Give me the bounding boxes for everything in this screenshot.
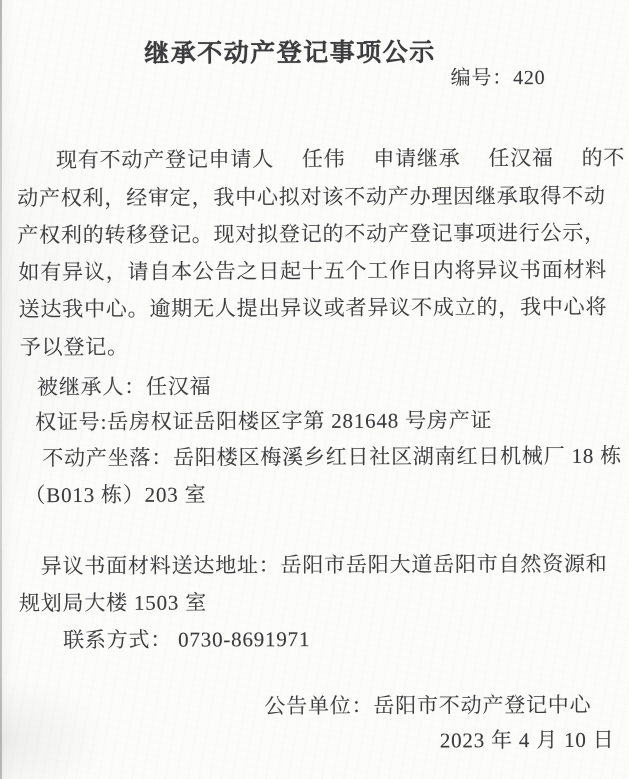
field-decedent: 被继承人：任汉福 [37,374,212,400]
field-contact-phone: 联系方式： 0730-8691971 [63,627,310,653]
body-paragraph-line: 如有异议，请自本公告之日起十五个工作日内将异议书面材料 [18,258,607,286]
body-paragraph-line: 动产权利，经审定，我中心拟对该不动产办理因继承取得不动 [17,184,606,212]
body-paragraph-line: 现有不动产登记申请人 任伟 申请继承 任汉福 的不 [56,146,625,174]
scanned-notice-page: 继承不动产登记事项公示 编号：420 现有不动产登记申请人 任伟 申请继承 任汉… [0,0,629,779]
field-objection-address-line2: 规划局大楼 1503 室 [19,590,207,616]
body-paragraph-line: 送达我中心。逾期无人提出异议或者异议不成立的，我中心将 [19,295,608,323]
field-certificate-number: 权证号:岳房权证岳阳楼区字第 281648 号房产证 [35,408,492,435]
footer-date: 2023 年 4 月 10 日 [440,728,615,754]
body-paragraph-line: 产权利的转移登记。现对拟登记的不动产登记事项进行公示， [17,221,606,249]
body-paragraph-line: 予以登记。 [20,335,129,361]
footer-issuing-unit: 公告单位：岳阳市不动产登记中心 [264,693,591,720]
field-property-location-line1: 不动产坐落：岳阳楼区梅溪乡红日社区湖南红日机械厂 18 栋 [42,444,622,472]
notice-content: 继承不动产登记事项公示 编号：420 现有不动产登记申请人 任伟 申请继承 任汉… [0,0,629,779]
doc-number: 编号：420 [451,66,546,90]
field-objection-address-line1: 异议书面材料送达地址：岳阳市岳阳大道岳阳市自然资源和 [41,552,608,580]
field-property-location-line2: （B013 栋）203 室 [24,482,206,508]
notice-title: 继承不动产登记事项公示 [0,32,582,71]
